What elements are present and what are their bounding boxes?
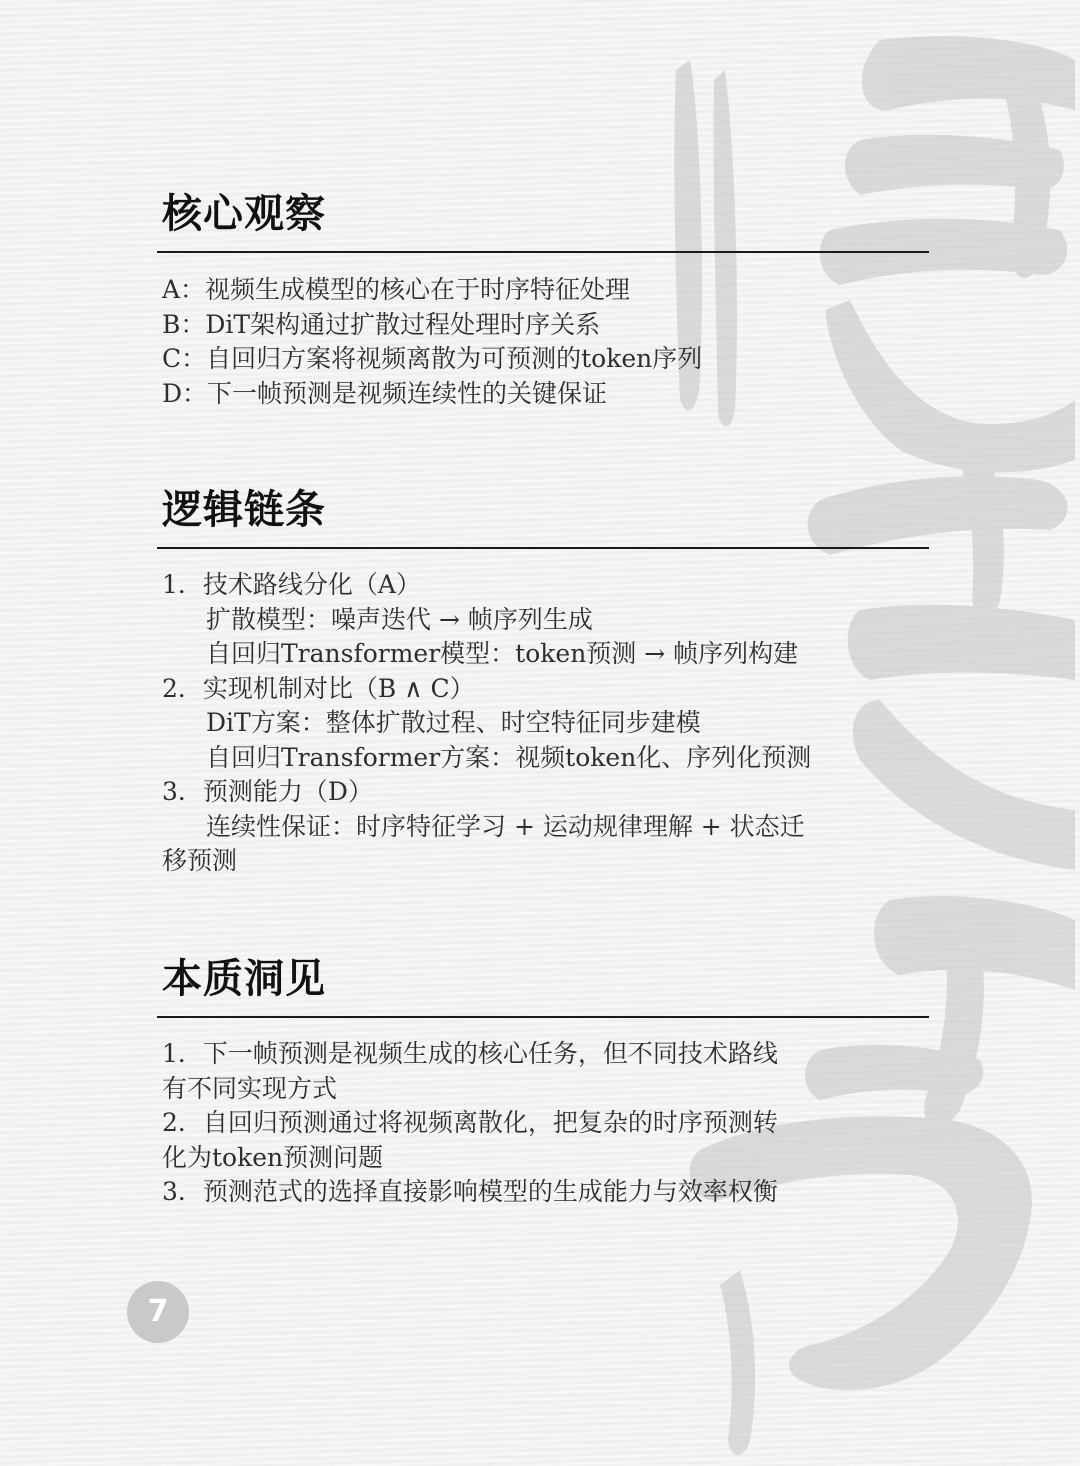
insight-item-continued: 有不同实现方式 bbox=[162, 1072, 892, 1107]
logic-item-heading: 1．技术路线分化（A） bbox=[162, 568, 892, 603]
page-number-badge: 7 bbox=[127, 1281, 189, 1343]
section-core-observations: 核心观察 A：视频生成模型的核心在于时序特征处理 B：DiT架构通过扩散过程处理… bbox=[157, 190, 929, 411]
logic-chain-list: 1．技术路线分化（A） 扩散模型：噪声迭代 → 帧序列生成 自回归Transfo… bbox=[157, 568, 892, 879]
logic-item-detail-continued: 移预测 bbox=[162, 844, 892, 879]
section-divider bbox=[157, 1016, 929, 1018]
insight-item: 2．自回归预测通过将视频离散化，把复杂的时序预测转 bbox=[162, 1106, 892, 1141]
section-divider bbox=[157, 547, 929, 549]
logic-item-detail: 自回归Transformer方案：视频token化、序列化预测 bbox=[162, 741, 892, 776]
section-logic-chain: 逻辑链条 1．技术路线分化（A） 扩散模型：噪声迭代 → 帧序列生成 自回归Tr… bbox=[157, 486, 929, 879]
section-divider bbox=[157, 251, 929, 253]
insight-item: 3．预测范式的选择直接影响模型的生成能力与效率权衡 bbox=[162, 1175, 892, 1210]
logic-item-heading: 2．实现机制对比（B ∧ C） bbox=[162, 672, 892, 707]
logic-item-detail: DiT方案：整体扩散过程、时空特征同步建模 bbox=[162, 706, 892, 741]
logic-item-detail: 扩散模型：噪声迭代 → 帧序列生成 bbox=[162, 603, 892, 638]
section-title: 本质洞见 bbox=[157, 955, 929, 1003]
observation-item: A：视频生成模型的核心在于时序特征处理 bbox=[162, 273, 892, 308]
insight-list: 1．下一帧预测是视频生成的核心任务，但不同技术路线 有不同实现方式 2．自回归预… bbox=[157, 1037, 892, 1210]
section-essential-insights: 本质洞见 1．下一帧预测是视频生成的核心任务，但不同技术路线 有不同实现方式 2… bbox=[157, 955, 929, 1210]
observation-item: D：下一帧预测是视频连续性的关键保证 bbox=[162, 377, 892, 412]
section-title: 逻辑链条 bbox=[157, 486, 929, 534]
page-content: 核心观察 A：视频生成模型的核心在于时序特征处理 B：DiT架构通过扩散过程处理… bbox=[0, 0, 1080, 1466]
logic-item-heading: 3．预测能力（D） bbox=[162, 775, 892, 810]
section-title: 核心观察 bbox=[157, 190, 929, 238]
observation-item: C：自回归方案将视频离散为可预测的token序列 bbox=[162, 342, 892, 377]
observation-item: B：DiT架构通过扩散过程处理时序关系 bbox=[162, 308, 892, 343]
observation-list: A：视频生成模型的核心在于时序特征处理 B：DiT架构通过扩散过程处理时序关系 … bbox=[157, 273, 892, 411]
insight-item-continued: 化为token预测问题 bbox=[162, 1141, 892, 1176]
logic-item-detail: 自回归Transformer模型：token预测 → 帧序列构建 bbox=[162, 637, 892, 672]
insight-item: 1．下一帧预测是视频生成的核心任务，但不同技术路线 bbox=[162, 1037, 892, 1072]
logic-item-detail: 连续性保证：时序特征学习 + 运动规律理解 + 状态迁 bbox=[162, 810, 892, 845]
